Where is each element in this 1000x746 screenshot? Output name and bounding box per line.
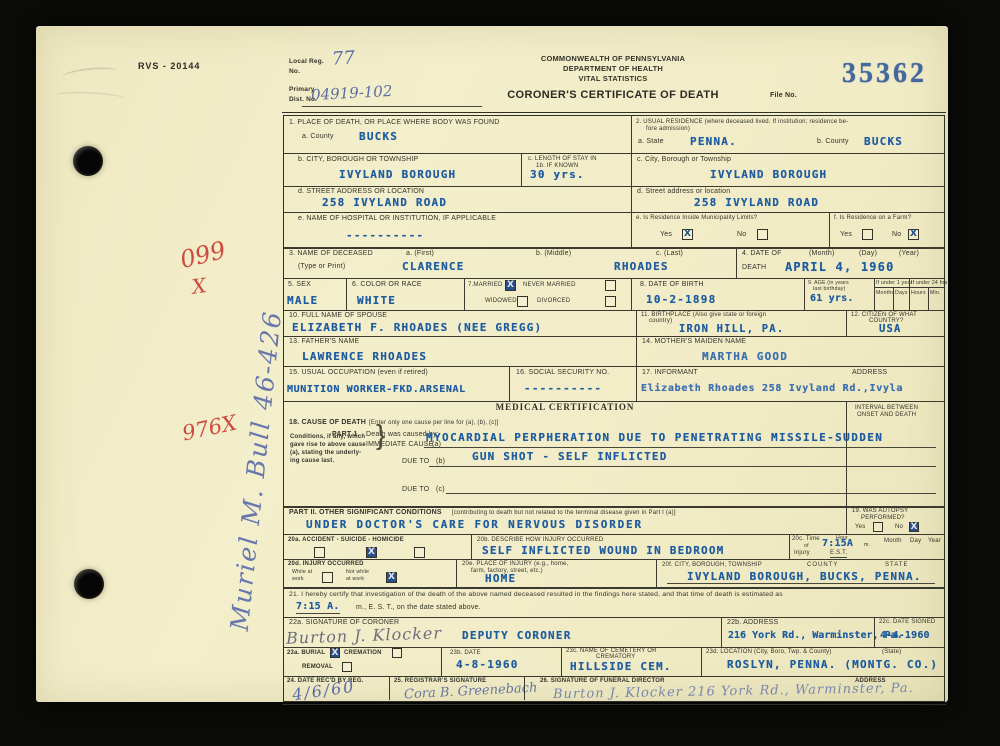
- medical-title: MEDICAL CERTIFICATION: [284, 403, 846, 411]
- cond-line4: ing cause last.: [290, 458, 334, 465]
- f17-value: Elizabeth Rhoades 258 Ivyland Rd.,Ivyla: [641, 383, 903, 395]
- farm-yes-checkbox: [862, 229, 873, 240]
- row-demographics: 5. SEX MALE 6. COLOR OR RACE WHITE 7.MAR…: [284, 278, 944, 311]
- f20c-month-label: Month: [884, 538, 902, 545]
- muni-yes-checkbox: X: [682, 229, 693, 240]
- f2-state-label: a. State: [638, 138, 664, 146]
- part2-value: UNDER DOCTOR'S CARE FOR NERVOUS DISORDER: [306, 519, 643, 531]
- f10-value: ELIZABETH F. RHOADES (NEE GREGG): [292, 322, 542, 334]
- burial-checkbox: X: [330, 648, 340, 658]
- f9-value: 61 yrs.: [810, 293, 854, 305]
- f21-text2: m., E. S. T., on the date stated above.: [356, 604, 481, 612]
- f2-label2: fore admission): [646, 126, 690, 133]
- f20a-label: 20a. ACCIDENT - SUICIDE - HOMICIDE: [288, 537, 404, 544]
- row-burial: 23a. BURIAL X CREMATION REMOVAL 23b. DAT…: [284, 647, 944, 677]
- f14-cell: 14. MOTHER'S MAIDEN NAME MARTHA GOOD: [636, 336, 945, 366]
- certificate-paper: RVS - 20144 099 X 976X Muriel M. Bull 46…: [36, 26, 948, 702]
- f9-under24-cell: If under 24 hrs. Hours Min.: [909, 278, 945, 310]
- row-occupation: 15. USUAL OCCUPATION (even if retired) M…: [284, 366, 944, 402]
- row-street: d. STREET ADDRESS OR LOCATION 258 IVYLAN…: [284, 186, 944, 213]
- f14-value: MARTHA GOOD: [702, 351, 788, 363]
- file-no-label: File No.: [770, 92, 797, 100]
- f9-cell: 9. AGE (in years last birthday) 61 yrs.: [804, 278, 875, 310]
- agency-line1: COMMONWEALTH OF PENNSYLVANIA: [473, 55, 753, 63]
- f20c-year-label: Year: [928, 538, 941, 545]
- f22c-label: 22c. DATE SIGNED: [879, 619, 935, 626]
- medical-certification-section: MEDICAL CERTIFICATION INTERVAL BETWEEN O…: [284, 401, 944, 508]
- f20d-not2: at work: [346, 576, 364, 582]
- cause-a-line: [424, 431, 936, 448]
- f19-cell: 19. WAS AUTOPSY PERFORMED? Yes No X: [846, 506, 945, 534]
- margin-red-x: X: [190, 273, 207, 299]
- f14-label: 14. MOTHER'S MAIDEN NAME: [642, 338, 746, 346]
- row-name-dod: 3. NAME OF DECEASED a. (First) b. (Middl…: [284, 247, 944, 279]
- f13-value: LAWRENCE RHOADES: [302, 351, 427, 363]
- photo-background: RVS - 20144 099 X 976X Muriel M. Bull 46…: [0, 0, 1000, 746]
- interval-label1: INTERVAL BETWEEN: [855, 405, 918, 412]
- autopsy-yes-label: Yes: [855, 524, 865, 531]
- f6-cell: 6. COLOR OR RACE WHITE: [346, 278, 465, 310]
- f7-married-label: 7.MARRIED: [468, 282, 502, 289]
- due-to-c-label: DUE TO: [402, 486, 429, 494]
- f2-cell: 2. USUAL RESIDENCE (where deceased lived…: [631, 116, 945, 153]
- margin-red-code: 099: [177, 236, 228, 274]
- margin-red-code2: 976X: [180, 411, 239, 446]
- f2-state-value: PENNA.: [690, 136, 737, 148]
- form-grid: 1. PLACE OF DEATH, OR PLACE WHERE BODY W…: [283, 115, 945, 702]
- f23c-cell: 23c. NAME OF CEMETERY OR CREMATORY HILLS…: [561, 647, 702, 676]
- f17-label: 17. INFORMANT: [642, 369, 698, 377]
- f26-label: 26. SIGNATURE OF FUNERAL DIRECTOR: [540, 678, 665, 685]
- f23d-state-label: (State): [882, 649, 901, 656]
- f23b-label: 23b. DATE: [450, 650, 481, 657]
- f21-time-value: 7:15 A.: [296, 601, 340, 614]
- f1-city-label: b. CITY, BOROUGH OR TOWNSHIP: [298, 156, 418, 164]
- f23d-label: 23d. LOCATION (City, Boro, Twp. & County…: [706, 649, 832, 656]
- certificate-title: CORONER'S CERTIFICATE OF DEATH: [453, 91, 773, 99]
- f12-cell: 12. CITIZEN OF WHAT COUNTRY? USA: [846, 310, 945, 336]
- f20c-cell: 20c. Time of Hour 7:15A m. Injury E.S.T.…: [789, 534, 945, 559]
- f17-cell: 17. INFORMANT ADDRESS Elizabeth Rhoades …: [636, 366, 945, 401]
- f20b-label: 20b. DESCRIBE HOW INJURY OCCURRED: [477, 537, 603, 544]
- f22b-label: 22b. ADDRESS: [727, 619, 778, 627]
- muni-no-label: No: [737, 231, 746, 239]
- f2-street-value: 258 IVYLAND ROAD: [694, 197, 819, 209]
- f3-last-label: c. (Last): [656, 250, 683, 258]
- f23-removal-label: REMOVAL: [302, 664, 333, 671]
- due-to-b-label: DUE TO: [402, 458, 429, 466]
- f4-value: APRIL 4, 1960: [785, 261, 895, 273]
- f9-days-label: Days: [895, 290, 908, 296]
- f22-date-value: 4-4-1960: [880, 630, 930, 642]
- f5-value: MALE: [287, 295, 318, 307]
- f15-label: 15. USUAL OCCUPATION (even if retired): [289, 369, 428, 377]
- f23-location-value: ROSLYN, PENNA. (MONTG. CO.): [727, 659, 938, 671]
- row-parents: 13. FATHER'S NAME LAWRENCE RHOADES 14. M…: [284, 336, 944, 367]
- part2-label: PART II. OTHER SIGNIFICANT CONDITIONS: [289, 509, 442, 517]
- f17-addr-label: ADDRESS: [852, 369, 887, 377]
- f13-label: 13. FATHER'S NAME: [289, 338, 359, 346]
- f9-months-label: Months: [876, 290, 894, 296]
- interval-label2: ONSET AND DEATH: [857, 412, 916, 419]
- f20f-county-label: COUNTY: [807, 562, 838, 569]
- f2-city-label: c. City, Borough or Township: [637, 156, 731, 164]
- f3-last-value: RHOADES: [614, 261, 669, 273]
- form-code: RVS - 20144: [138, 62, 200, 70]
- agency-line2: DEPARTMENT OF HEALTH: [473, 65, 753, 73]
- autopsy-no-checkbox: X: [909, 522, 919, 532]
- f2-street-label: d. Street address or location: [637, 188, 730, 196]
- f20c-label1: 20c. Time: [792, 536, 820, 543]
- f2-city-cell: c. City, Borough or Township IVYLAND BOR…: [631, 153, 945, 186]
- punch-hole-bottom: [74, 569, 104, 599]
- f12-value: USA: [879, 323, 902, 335]
- f5-label: 5. SEX: [288, 281, 311, 289]
- never-married-checkbox: [605, 280, 616, 291]
- row-place-residence: 1. PLACE OF DEATH, OR PLACE WHERE BODY W…: [284, 116, 944, 154]
- f11-value: IRON HILL, PA.: [679, 323, 784, 335]
- f2-muni-cell: e. Is Residence Inside Municipality Limi…: [631, 212, 830, 247]
- f20e-cell: 20e. PLACE OF INJURY (e.g., home, farm, …: [456, 559, 657, 587]
- f20c-day-label: Day: [910, 538, 921, 545]
- f16-label: 16. SOCIAL SECURITY NO.: [516, 369, 609, 377]
- f1-hosp-label: e. NAME OF HOSPITAL OR INSTITUTION, IF A…: [298, 215, 496, 223]
- f2-street-cell: d. Street address or location 258 IVYLAN…: [631, 186, 945, 212]
- f20e-value: HOME: [485, 573, 516, 585]
- f3-sub-label: (Type or Print): [298, 263, 345, 271]
- pencil-scribble: [62, 65, 118, 83]
- f1-street-value: 258 IVYLAND ROAD: [322, 197, 447, 209]
- f19-label2: PERFORMED?: [861, 515, 905, 522]
- local-reg-no-label: No.: [289, 68, 300, 76]
- f2-county-label: b. County: [817, 138, 849, 146]
- f20b-cell: 20b. DESCRIBE HOW INJURY OCCURRED SELF I…: [471, 534, 790, 559]
- f11-label2: country): [649, 318, 672, 325]
- widowed-checkbox: [517, 296, 528, 307]
- agency-line3: VITAL STATISTICS: [473, 75, 753, 83]
- f3-first-label: a. (First): [406, 250, 434, 258]
- f23-date-value: 4-8-1960: [456, 659, 519, 671]
- f4-label: 4. DATE OF: [742, 250, 782, 258]
- f20c-label3: Injury: [794, 550, 810, 557]
- f2-muni-label: e. Is Residence Inside Municipality Limi…: [636, 215, 757, 222]
- f2-label1: 2. USUAL RESIDENCE (where deceased lived…: [636, 119, 848, 126]
- f7-never-label: NEVER MARRIED: [523, 282, 576, 289]
- f1-stay-cell: c. LENGTH OF STAY IN 1b. IF KNOWN 30 yrs…: [521, 153, 632, 186]
- f20d-not1: Not while: [346, 569, 369, 575]
- f1-street-label: d. STREET ADDRESS OR LOCATION: [298, 188, 424, 196]
- f20c-value: 7:15A: [822, 538, 853, 550]
- f25-cell: 25. REGISTRAR'S SIGNATURE Cora B. Greene…: [389, 676, 525, 700]
- f4-month-label: (Month): [809, 250, 835, 258]
- f16-cell: 16. SOCIAL SECURITY NO. ----------: [509, 366, 637, 401]
- f1-label: 1. PLACE OF DEATH, OR PLACE WHERE BODY W…: [289, 119, 500, 127]
- f4-death-label: DEATH: [742, 264, 766, 272]
- f22-typed-title: DEPUTY CORONER: [462, 630, 572, 642]
- f20d-label: 20d. INJURY OCCURRED: [288, 561, 364, 568]
- autopsy-no-label: No: [895, 524, 903, 531]
- cremation-checkbox: [392, 648, 402, 658]
- cond-line3: (a), stating the underly-: [290, 450, 361, 457]
- f8-value: 10-2-1898: [646, 294, 716, 306]
- cond-line2: gave rise to above cause: [290, 442, 366, 449]
- farm-no-label: No: [892, 231, 901, 239]
- while-at-work-checkbox: [322, 572, 333, 583]
- row-certify: 21. I hereby certify that investigation …: [284, 587, 944, 618]
- f20b-value: SELF INFLICTED WOUND IN BEDROOM: [482, 545, 725, 557]
- f20e-label1: 20e. PLACE OF INJURY (e.g., home,: [462, 561, 568, 568]
- f22c-cell: 22c. DATE SIGNED 4-4-1960: [874, 617, 945, 647]
- f6-value: WHITE: [357, 295, 396, 307]
- row-spouse: 10. FULL NAME OF SPOUSE ELIZABETH F. RHO…: [284, 310, 944, 337]
- accident-checkbox: [314, 547, 325, 558]
- f4-day-label: (Day): [859, 250, 877, 258]
- row-hospital-muni: e. NAME OF HOSPITAL OR INSTITUTION, IF A…: [284, 212, 944, 249]
- f21-text1: 21. I hereby certify that investigation …: [289, 591, 783, 599]
- f20f-label: 20f. CITY, BOROUGH, TOWNSHIP: [662, 562, 762, 569]
- f2-farm-cell: f. Is Residence on a Farm? Yes No X: [829, 212, 945, 247]
- f2-city-value: IVYLAND BOROUGH: [710, 169, 827, 181]
- f6-label: 6. COLOR OR RACE: [352, 281, 422, 289]
- f9-hours-label: Hours: [911, 290, 926, 296]
- f20f-state-label: STATE: [885, 562, 908, 569]
- part2-note: [contributing to death but not related t…: [452, 510, 676, 517]
- not-while-at-work-checkbox: X: [386, 572, 397, 583]
- f10-label: 10. FULL NAME OF SPOUSE: [289, 312, 387, 320]
- f3-label: 3. NAME OF DECEASED: [289, 250, 373, 258]
- local-reg-label: Local Reg.: [289, 58, 324, 66]
- row-city: b. CITY, BOROUGH OR TOWNSHIP IVYLAND BOR…: [284, 153, 944, 187]
- f1-county-label: a. County: [302, 133, 334, 141]
- coroner-signature: Burton J. Klocker: [286, 623, 443, 647]
- f9-label2: last birthday): [813, 286, 846, 292]
- farm-yes-label: Yes: [840, 231, 852, 239]
- pencil-scribble: [56, 90, 126, 104]
- cause-c-line: [446, 477, 936, 494]
- removal-checkbox: [342, 662, 352, 672]
- certificate-number-stamp: 35362: [842, 58, 927, 90]
- f1-hosp-value: ----------: [346, 230, 424, 242]
- f1-city-value: IVYLAND BOROUGH: [339, 169, 456, 181]
- f23b-cell: 23b. DATE 4-8-1960: [441, 647, 562, 676]
- punch-hole-top: [73, 146, 103, 176]
- farm-no-checkbox: X: [908, 229, 919, 240]
- row-registrar: 24. DATE REC'D BY REG. 4/6/60 25. REGIST…: [284, 676, 944, 700]
- f2-county-value: BUCKS: [864, 136, 903, 148]
- f1-stay-value: 30 yrs.: [530, 169, 585, 181]
- autopsy-yes-checkbox: [873, 522, 883, 532]
- row-part2: PART II. OTHER SIGNIFICANT CONDITIONS [c…: [284, 506, 944, 535]
- f8-cell: 8. DATE OF BIRTH 10-2-1898: [631, 278, 805, 310]
- f4-cell: 4. DATE OF (Month) (Day) (Year) DEATH AP…: [736, 247, 945, 278]
- f11-cell: 11. BIRTHPLACE (Also give state or forei…: [636, 310, 847, 336]
- f4-year-label: (Year): [899, 250, 919, 258]
- f7-widowed-label: WIDOWED: [485, 298, 517, 305]
- f7-divorced-label: DIVORCED: [537, 298, 570, 305]
- f3-first-value: CLARENCE: [402, 261, 465, 273]
- f16-value: ----------: [524, 383, 602, 395]
- f18-label: 18. CAUSE OF DEATH: [289, 419, 366, 427]
- suicide-checkbox: X: [366, 547, 377, 558]
- muni-no-checkbox: [757, 229, 768, 240]
- f15-value: MUNITION WORKER-FKD.ARSENAL: [287, 384, 466, 396]
- cond-brace: }: [376, 431, 386, 439]
- f9-under1-cell: If under 1 year Months Days: [874, 278, 910, 310]
- row-20def: 20d. INJURY OCCURRED While at work Not w…: [284, 559, 944, 589]
- f20f-line: [667, 569, 935, 584]
- divorced-checkbox: [605, 296, 616, 307]
- f7-cell: 7.MARRIED X NEVER MARRIED WIDOWED DIVORC…: [464, 278, 632, 310]
- cause-c-label: (c): [436, 486, 445, 494]
- row-coroner: 22a. SIGNATURE OF CORONER Burton J. Kloc…: [284, 617, 944, 648]
- f19-label1: 19. WAS AUTOPSY: [852, 508, 908, 515]
- f23-cremation-label: CREMATION: [344, 650, 382, 657]
- cause-b-line: [429, 450, 936, 467]
- f23d-cell: 23d. LOCATION (City, Boro, Twp. & County…: [701, 647, 945, 676]
- f20c-label2: of: [804, 543, 809, 549]
- married-checkbox: X: [505, 280, 516, 291]
- f2-farm-label: f. Is Residence on a Farm?: [834, 215, 911, 222]
- homicide-checkbox: [414, 547, 425, 558]
- cond-line1: Conditions, if any, which: [290, 434, 365, 441]
- f20c-m-label: m.: [864, 542, 870, 548]
- local-reg-value: 77: [331, 47, 355, 70]
- f1-county-value: BUCKS: [359, 131, 398, 143]
- f9-min-label: Min.: [930, 290, 941, 296]
- f23-cemetery-value: HILLSIDE CEM.: [570, 661, 672, 673]
- row-20abc: 20a. ACCIDENT - SUICIDE - HOMICIDE X 20b…: [284, 534, 944, 560]
- f3-middle-label: b. (Middle): [536, 250, 571, 258]
- f20d-while2: work: [292, 576, 304, 582]
- f1-stay-label1: c. LENGTH OF STAY IN: [528, 156, 597, 163]
- f26-cell: 26. SIGNATURE OF FUNERAL DIRECTOR ADDRES…: [524, 676, 945, 700]
- f22b-cell: 22b. ADDRESS 216 York Rd., Warminster, P…: [721, 617, 875, 647]
- f23a-label: 23a. BURIAL: [287, 650, 325, 657]
- f20f-cell: 20f. CITY, BOROUGH, TOWNSHIP COUNTY STAT…: [656, 559, 945, 587]
- f20d-while1: While at: [292, 569, 312, 575]
- muni-yes-label: Yes: [660, 231, 672, 239]
- f18-note: [Enter only one cause per line for (a), …: [369, 420, 499, 427]
- f8-label: 8. DATE OF BIRTH: [640, 281, 704, 289]
- f20c-est-label: E.S.T.: [830, 550, 847, 558]
